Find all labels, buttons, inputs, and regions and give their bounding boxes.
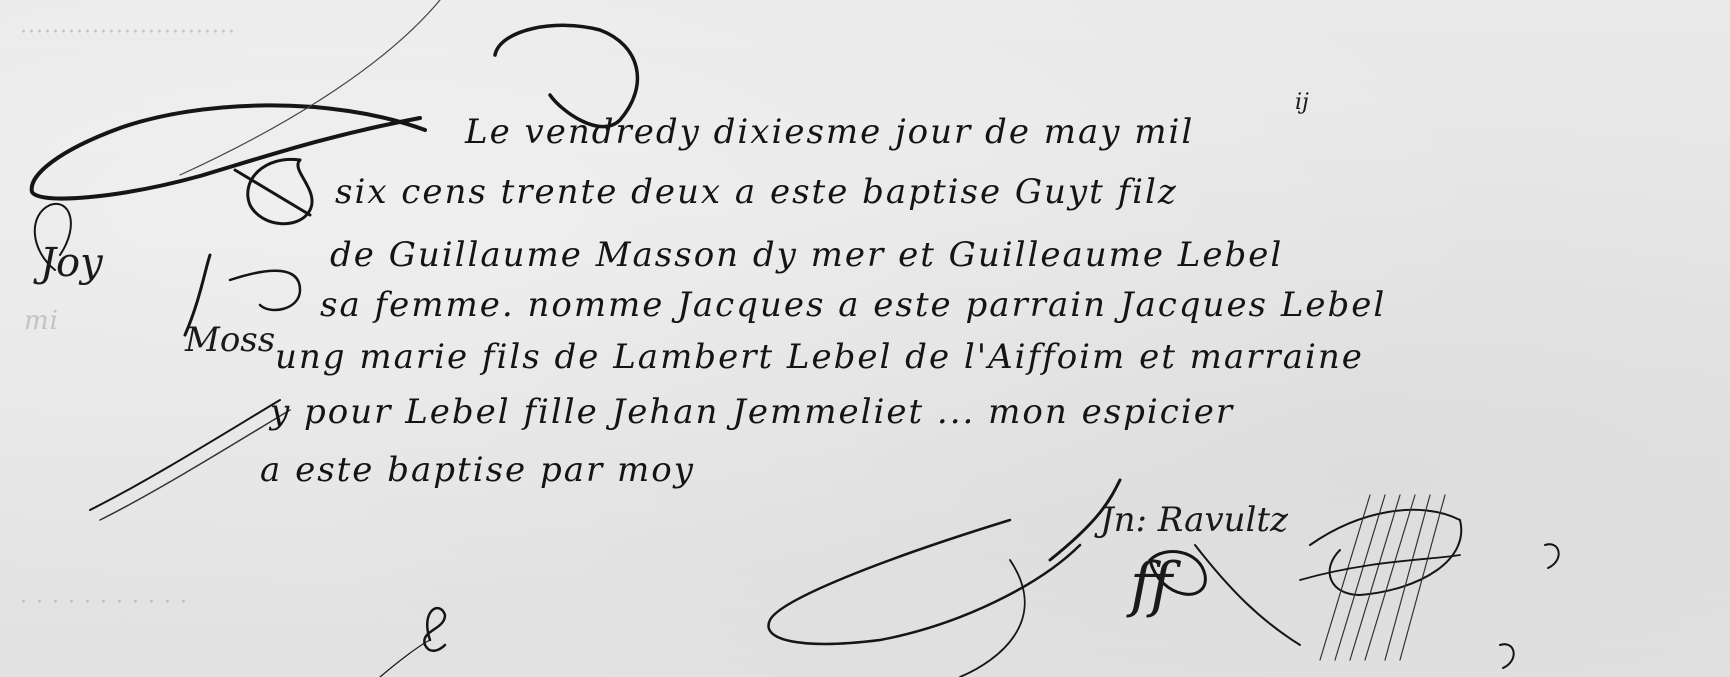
- margin-note-name: Joy: [40, 240, 103, 286]
- register-line-1: Le vendredy dixiesme jour de may mil: [465, 112, 1194, 152]
- register-line-3: de Guillaume Masson dy mer et Guilleaume…: [330, 235, 1283, 275]
- bleed-through-text: ···························: [20, 20, 236, 45]
- register-line-6: y pour Lebel fille Jehan Jemmeliet ... m…: [270, 392, 1234, 432]
- register-line-2: six cens trente deux a este baptise Guyt…: [335, 172, 1178, 212]
- manuscript-page: ··························· · · · · · · …: [0, 0, 1730, 677]
- register-line-4: sa femme. nomme Jacques a este parrain J…: [320, 285, 1386, 325]
- bleed-through-text: · · · · · · · · · · ·: [20, 590, 188, 615]
- faded-margin-note: mi: [24, 306, 59, 336]
- roman-numeral-mark: ij: [1295, 90, 1309, 115]
- margin-note-name: Moss: [185, 320, 275, 360]
- curate-signature: Jn: Ravultz: [1100, 500, 1288, 540]
- signature-paraph: ff: [1130, 550, 1173, 620]
- register-line-5: ung marie fils de Lambert Lebel de l'Aif…: [275, 337, 1364, 377]
- register-line-7: a este baptise par moy: [260, 450, 695, 490]
